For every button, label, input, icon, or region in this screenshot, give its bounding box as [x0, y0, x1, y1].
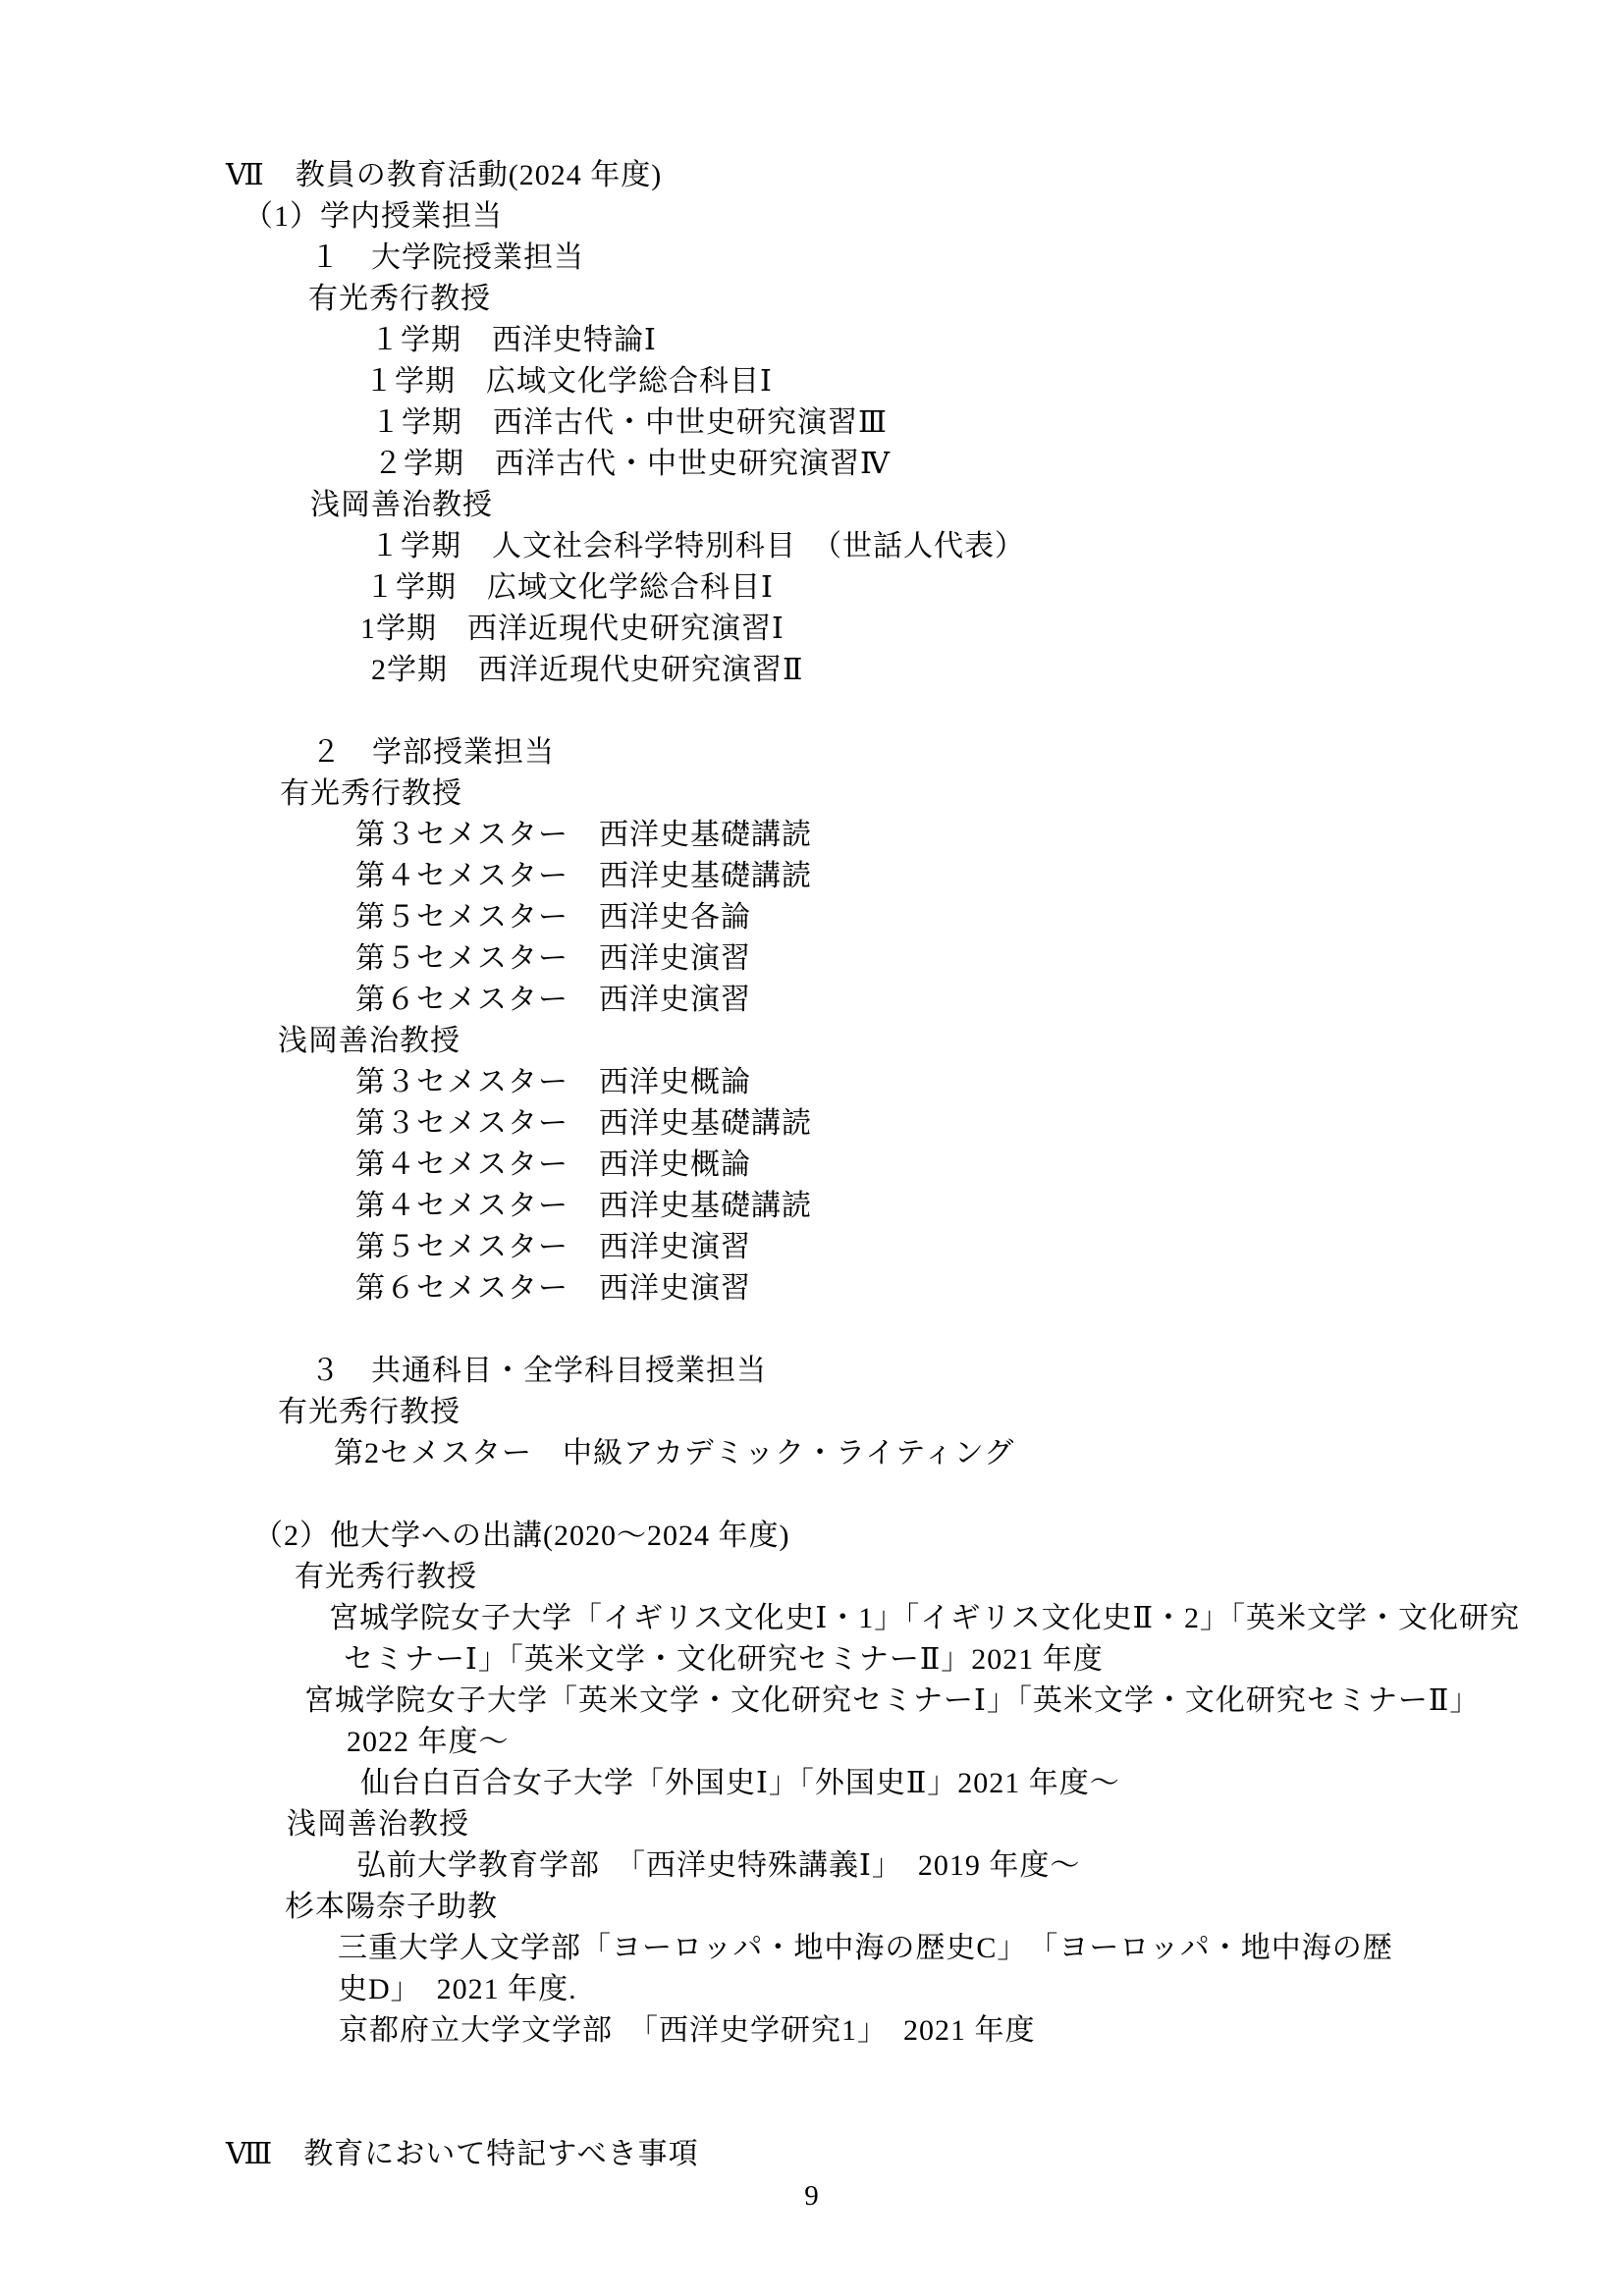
group-heading-common: ３ 共通科目・全学科目授業担当: [0, 1351, 1624, 1392]
professor-name: 有光秀行教授: [0, 774, 1624, 815]
group-heading-graduate: １ 大学院授業担当: [0, 238, 1624, 279]
course-item: 1学期 西洋近現代史研究演習Ⅰ: [0, 609, 1624, 650]
document-body: Ⅶ 教員の教育活動(2024 年度)（1）学内授業担当１ 大学院授業担当有光秀行…: [0, 0, 1624, 2175]
course-item: 第５セメスター 西洋史各論: [0, 897, 1624, 938]
external-course-item: 仙台白百合女子大学「外国史Ⅰ」「外国史Ⅱ」2021 年度～: [0, 1763, 1624, 1804]
blank-line: [0, 1474, 1624, 1516]
course-item: 第５セメスター 西洋史演習: [0, 1227, 1624, 1268]
professor-name: 浅岡善治教授: [0, 1804, 1624, 1845]
course-item: 第６セメスター 西洋史演習: [0, 1268, 1624, 1309]
professor-name: 浅岡善治教授: [0, 1021, 1624, 1062]
external-course-item: 京都府立大学文学部 「西洋史学研究1」 2021 年度: [0, 2010, 1624, 2052]
course-item: 2学期 西洋近現代史研究演習Ⅱ: [0, 650, 1624, 691]
subsection-heading-1: （1）学内授業担当: [0, 196, 1624, 238]
course-item: １学期 人文社会科学特別科目 （世話人代表）: [0, 526, 1624, 567]
professor-name: 杉本陽奈子助教: [0, 1887, 1624, 1928]
course-item: 第３セメスター 西洋史概論: [0, 1062, 1624, 1103]
blank-line: [0, 2093, 1624, 2134]
course-item: １学期 広域文化学総合科目Ⅰ: [0, 361, 1624, 402]
external-course-continuation: 史D」 2021 年度.: [0, 1969, 1624, 2010]
course-item: 第３セメスター 西洋史基礎講読: [0, 815, 1624, 856]
document-page: Ⅶ 教員の教育活動(2024 年度)（1）学内授業担当１ 大学院授業担当有光秀行…: [0, 0, 1624, 2296]
course-item: 第2セメスター 中級アカデミック・ライティング: [0, 1433, 1624, 1474]
external-course-continuation: セミナーⅠ」「英米文学・文化研究セミナーⅡ」2021 年度: [0, 1639, 1624, 1681]
professor-name: 有光秀行教授: [0, 279, 1624, 320]
subsection-heading-2: （2）他大学への出講(2020～2024 年度): [0, 1516, 1624, 1557]
page-number: 9: [0, 2175, 1624, 2216]
course-item: １学期 西洋史特論Ⅰ: [0, 320, 1624, 361]
external-course-item: 宮城学院女子大学「イギリス文化史Ⅰ・1」「イギリス文化史Ⅱ・2」「英米文学・文化…: [0, 1598, 1624, 1639]
external-course-continuation: 2022 年度～: [0, 1722, 1624, 1763]
course-item: １学期 西洋古代・中世史研究演習Ⅲ: [0, 402, 1624, 444]
blank-line: [0, 691, 1624, 732]
blank-line: [0, 1309, 1624, 1351]
external-course-item: 宮城学院女子大学「英米文学・文化研究セミナーⅠ」「英米文学・文化研究セミナーⅡ」: [0, 1681, 1624, 1722]
course-item: １学期 広域文化学総合科目Ⅰ: [0, 567, 1624, 609]
course-item: 第３セメスター 西洋史基礎講読: [0, 1103, 1624, 1145]
course-item: ２学期 西洋古代・中世史研究演習Ⅳ: [0, 444, 1624, 485]
course-item: 第４セメスター 西洋史基礎講読: [0, 1186, 1624, 1227]
professor-name: 有光秀行教授: [0, 1392, 1624, 1433]
external-course-item: 三重大学人文学部「ヨーロッパ・地中海の歴史C」 「ヨーロッパ・地中海の歴: [0, 1928, 1624, 1969]
course-item: 第４セメスター 西洋史基礎講読: [0, 856, 1624, 897]
course-item: 第４セメスター 西洋史概論: [0, 1145, 1624, 1186]
professor-name: 浅岡善治教授: [0, 485, 1624, 526]
course-item: 第５セメスター 西洋史演習: [0, 938, 1624, 980]
course-item: 第６セメスター 西洋史演習: [0, 980, 1624, 1021]
section-heading-viii: Ⅷ 教育において特記すべき事項: [0, 2134, 1624, 2175]
group-heading-undergraduate: ２ 学部授業担当: [0, 732, 1624, 774]
section-heading-vii: Ⅶ 教員の教育活動(2024 年度): [0, 155, 1624, 196]
external-course-item: 弘前大学教育学部 「西洋史特殊講義Ⅰ」 2019 年度～: [0, 1845, 1624, 1887]
blank-line: [0, 2052, 1624, 2093]
professor-name: 有光秀行教授: [0, 1557, 1624, 1598]
